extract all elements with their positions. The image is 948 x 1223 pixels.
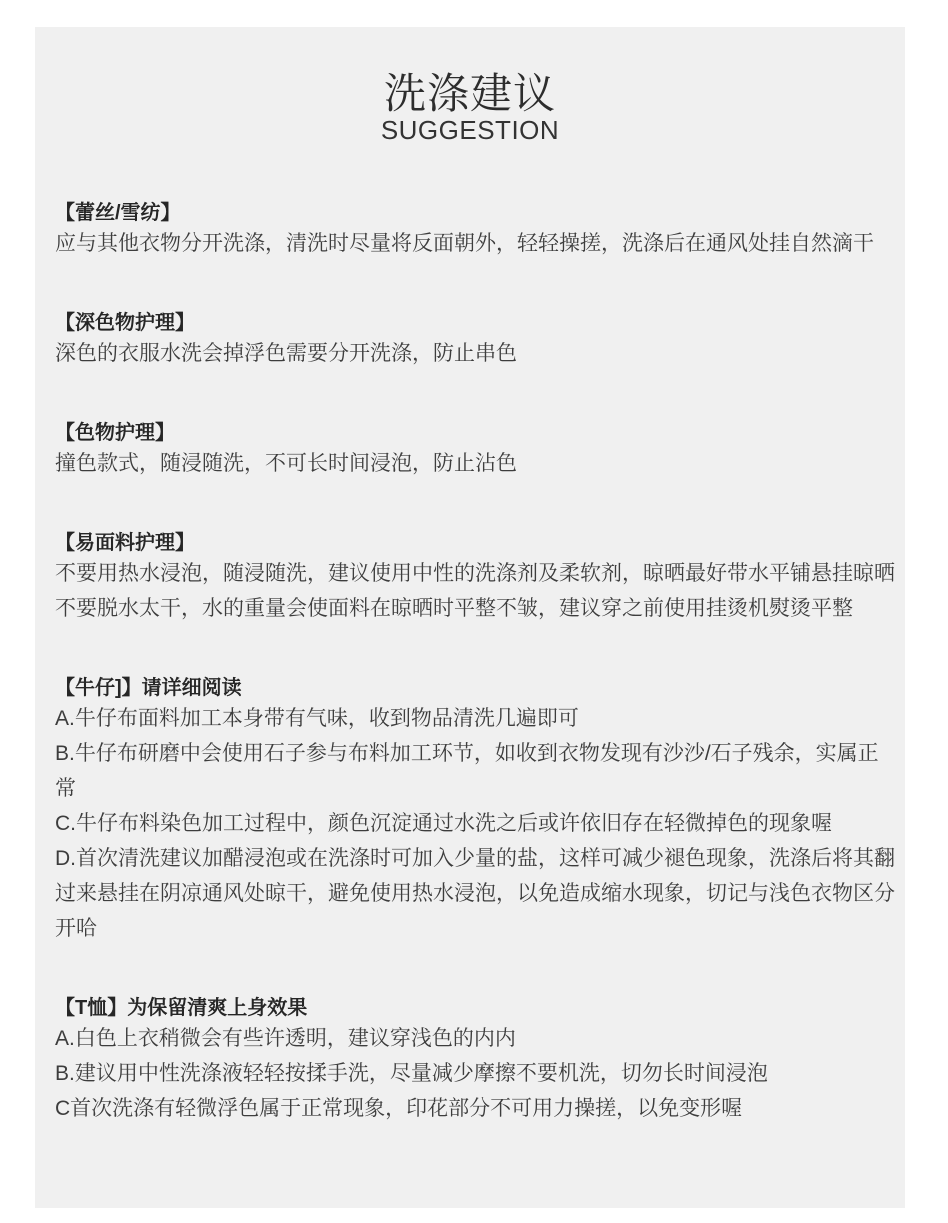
page-title: 洗涤建议 bbox=[35, 72, 905, 116]
section-heading: 【蕾丝/雪纺】 bbox=[55, 200, 895, 226]
section-paragraph-b: B.建议用中性洗涤液轻轻按揉手洗，尽量减少摩擦不要机洗，切勿长时间浸泡 bbox=[55, 1056, 895, 1091]
section-paragraph-c: C.牛仔布料染色加工过程中，颜色沉淀通过水洗之后或许依旧存在轻微掉色的现象喔 bbox=[55, 806, 895, 841]
section-heading: 【易面料护理】 bbox=[55, 530, 895, 556]
section-paragraph: 撞色款式，随浸随洗，不可长时间浸泡，防止沾色 bbox=[55, 446, 895, 481]
section-paragraph-a: A.牛仔布面料加工本身带有气味，收到物品清洗几遍即可 bbox=[55, 701, 895, 736]
title-block: 洗涤建议 SUGGESTION bbox=[35, 72, 905, 144]
page: 洗涤建议 SUGGESTION 【蕾丝/雪纺】 应与其他衣物分开洗涤，清洗时尽量… bbox=[0, 0, 948, 1223]
section-paragraph: 深色的衣服水洗会掉浮色需要分开洗涤，防止串色 bbox=[55, 336, 895, 371]
section-heading: 【色物护理】 bbox=[55, 420, 895, 446]
section-colored-items-care: 【色物护理】 撞色款式，随浸随洗，不可长时间浸泡，防止沾色 bbox=[55, 420, 895, 481]
section-denim: 【牛仔]】请详细阅读 A.牛仔布面料加工本身带有气味，收到物品清洗几遍即可 B.… bbox=[55, 675, 895, 946]
section-paragraph: 应与其他衣物分开洗涤，清洗时尽量将反面朝外，轻轻操搓，洗涤后在通风处挂自然滴干 bbox=[55, 226, 895, 261]
section-paragraph-a: A.白色上衣稍微会有些许透明，建议穿浅色的内内 bbox=[55, 1021, 895, 1056]
washing-suggestion-card: 洗涤建议 SUGGESTION 【蕾丝/雪纺】 应与其他衣物分开洗涤，清洗时尽量… bbox=[35, 27, 905, 1208]
section-tshirt: 【T恤】为保留清爽上身效果 A.白色上衣稍微会有些许透明，建议穿浅色的内内 B.… bbox=[55, 995, 895, 1126]
section-dark-items-care: 【深色物护理】 深色的衣服水洗会掉浮色需要分开洗涤，防止串色 bbox=[55, 310, 895, 371]
section-lace-chiffon: 【蕾丝/雪纺】 应与其他衣物分开洗涤，清洗时尽量将反面朝外，轻轻操搓，洗涤后在通… bbox=[55, 200, 895, 261]
section-paragraph-c: C首次洗涤有轻微浮色属于正常现象，印花部分不可用力操搓，以免变形喔 bbox=[55, 1091, 895, 1126]
care-sections: 【蕾丝/雪纺】 应与其他衣物分开洗涤，清洗时尽量将反面朝外，轻轻操搓，洗涤后在通… bbox=[55, 200, 895, 1126]
page-subtitle: SUGGESTION bbox=[35, 116, 905, 144]
section-paragraph-d: D.首次清洗建议加醋浸泡或在洗涤时可加入少量的盐，这样可减少褪色现象，洗涤后将其… bbox=[55, 841, 895, 946]
section-delicate-fabric-care: 【易面料护理】 不要用热水浸泡，随浸随洗，建议使用中性的洗涤剂及柔软剂，晾晒最好… bbox=[55, 530, 895, 626]
section-paragraph-b: B.牛仔布研磨中会使用石子参与布料加工环节，如收到衣物发现有沙沙/石子残余，实属… bbox=[55, 736, 895, 806]
section-heading: 【T恤】为保留清爽上身效果 bbox=[55, 995, 895, 1021]
section-paragraph: 不要用热水浸泡，随浸随洗，建议使用中性的洗涤剂及柔软剂，晾晒最好带水平铺悬挂晾晒… bbox=[55, 556, 895, 626]
section-heading: 【牛仔]】请详细阅读 bbox=[55, 675, 895, 701]
section-heading: 【深色物护理】 bbox=[55, 310, 895, 336]
